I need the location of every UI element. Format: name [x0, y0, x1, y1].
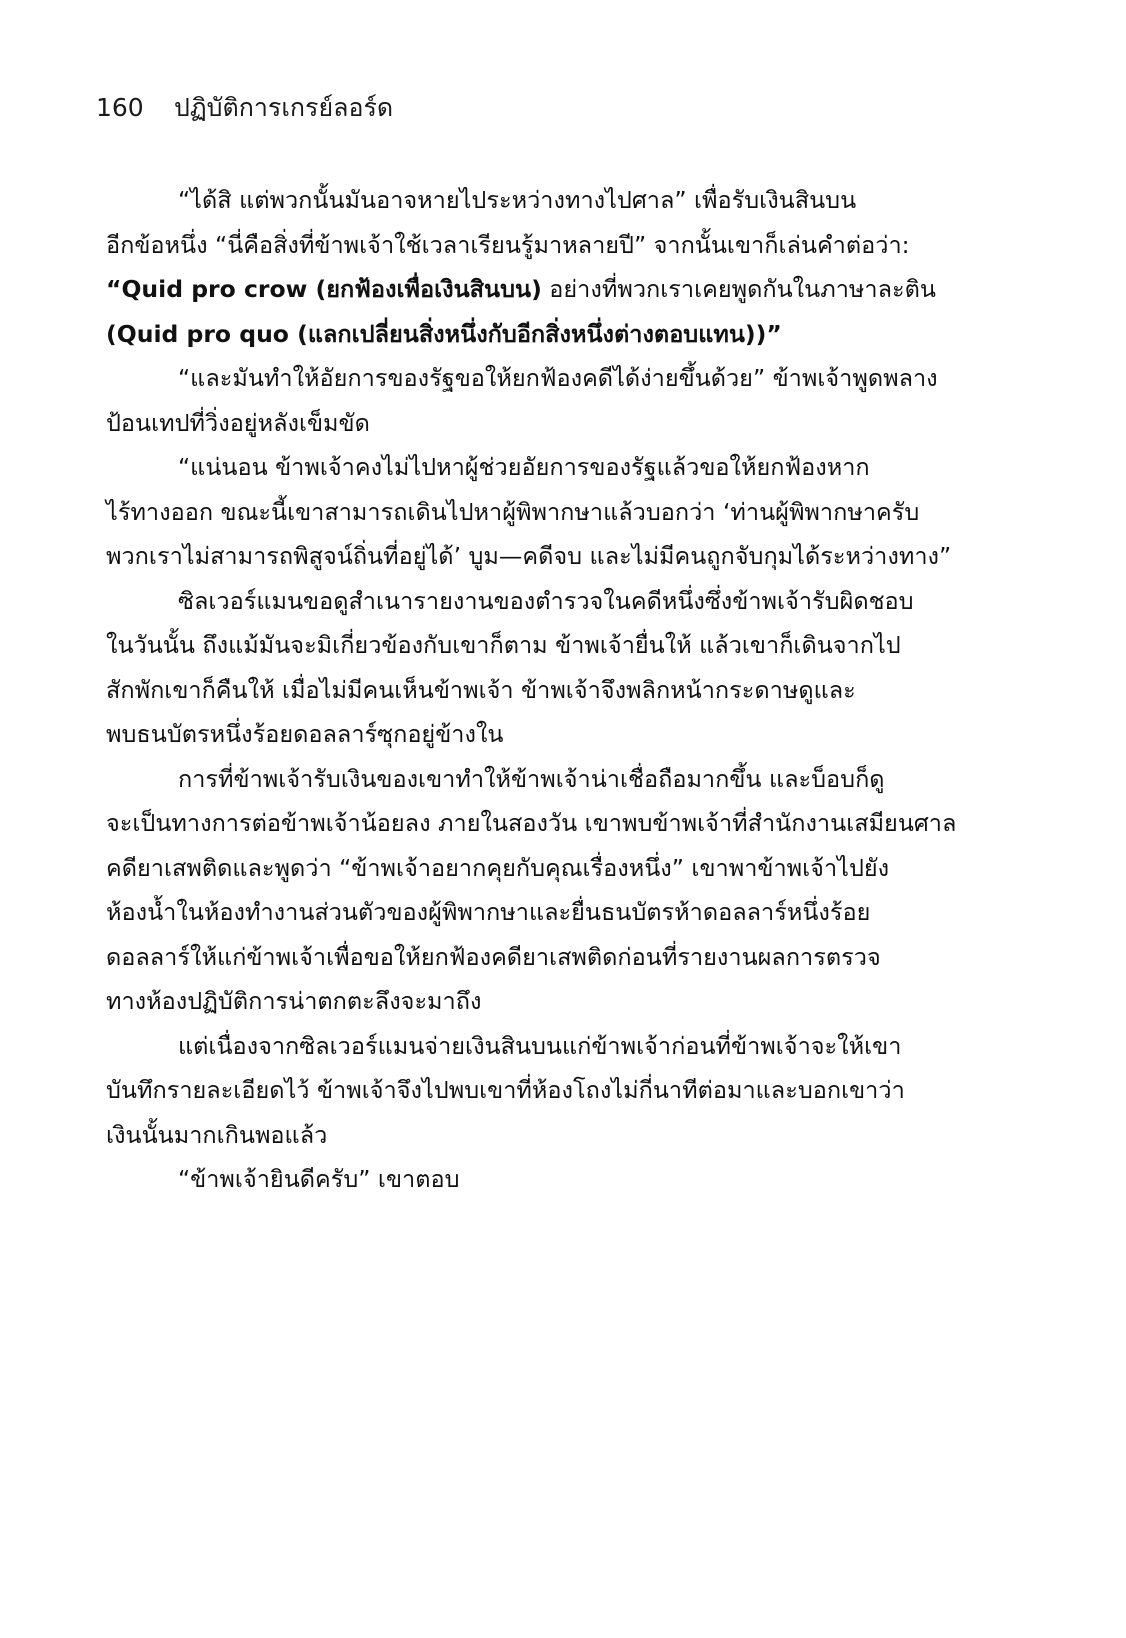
text-line: อีกข้อหนึ่ง “นี่คือสิ่งที่ข้าพเจ้าใช้เวล…	[106, 223, 1006, 268]
text-line-mixed: “Quid pro crow (ยกฟ้องเพื่อเงินสินบน) อย…	[106, 267, 1006, 312]
text-line-bold: (Quid pro quo (แลกเปลี่ยนสิ่งหนึ่งกับอีก…	[106, 312, 1006, 357]
text-line: ซิลเวอร์แมนขอดูสำเนารายงานของตำรวจในคดีห…	[106, 579, 1006, 624]
text-line: สักพักเขาก็คืนให้ เมื่อไม่มีคนเห็นข้าพเจ…	[106, 668, 1006, 713]
text-line: คดียาเสพติดและพูดว่า “ข้าพเจ้าอยากคุยกับ…	[106, 846, 1006, 891]
text-segment: อย่างที่พวกเราเคยพูดกันในภาษาละติน	[542, 275, 936, 303]
text-line: เงินนั้นมากเกินพอแล้ว	[106, 1113, 1006, 1158]
text-line: ไร้ทางออก ขณะนี้เขาสามารถเดินไปหาผู้พิพา…	[106, 490, 1006, 535]
text-line: พวกเราไม่สามารถพิสูจน์ถิ่นที่อยู่ได้’ บู…	[106, 534, 1006, 579]
text-line: การที่ข้าพเจ้ารับเงินของเขาทำให้ข้าพเจ้า…	[106, 757, 1006, 802]
text-line: “แน่นอน ข้าพเจ้าคงไม่ไปหาผู้ช่วยอัยการขอ…	[106, 445, 1006, 490]
latin-phrase-bold: “Quid pro crow (ยกฟ้องเพื่อเงินสินบน)	[106, 275, 542, 303]
text-line: “ได้สิ แต่พวกนั้นมันอาจหายไประหว่างทางไป…	[106, 178, 1006, 223]
text-line: บันทึกรายละเอียดไว้ ข้าพเจ้าจึงไปพบเขาที…	[106, 1068, 1006, 1113]
text-line: ในวันนั้น ถึงแม้มันจะมิเกี่ยวข้องกับเขาก…	[106, 623, 1006, 668]
book-title: ปฏิบัติการเกรย์ลอร์ด	[174, 88, 393, 128]
text-line: จะเป็นทางการต่อข้าพเจ้าน้อยลง ภายในสองวั…	[106, 801, 1006, 846]
text-line: “และมันทำให้อัยการของรัฐขอให้ยกฟ้องคดีได…	[106, 356, 1006, 401]
page-number: 160	[96, 93, 174, 122]
page-body-text: “ได้สิ แต่พวกนั้นมันอาจหายไประหว่างทางไป…	[106, 178, 1006, 1202]
text-line: ดอลลาร์ให้แก่ข้าพเจ้าเพื่อขอให้ยกฟ้องคดี…	[106, 935, 1006, 980]
text-line: ห้องน้ำในห้องทำงานส่วนตัวของผู้พิพากษาแล…	[106, 890, 1006, 935]
text-line: พบธนบัตรหนึ่งร้อยดอลลาร์ซุกอยู่ข้างใน	[106, 712, 1006, 757]
running-header: 160 ปฏิบัติการเกรย์ลอร์ด	[96, 88, 393, 128]
text-line: แต่เนื่องจากซิลเวอร์แมนจ่ายเงินสินบนแก่ข…	[106, 1024, 1006, 1069]
text-line: ทางห้องปฏิบัติการน่าตกตะลึงจะมาถึง	[106, 979, 1006, 1024]
text-line: “ข้าพเจ้ายินดีครับ” เขาตอบ	[106, 1157, 1006, 1202]
text-line: ป้อนเทปที่วิ่งอยู่หลังเข็มขัด	[106, 401, 1006, 446]
